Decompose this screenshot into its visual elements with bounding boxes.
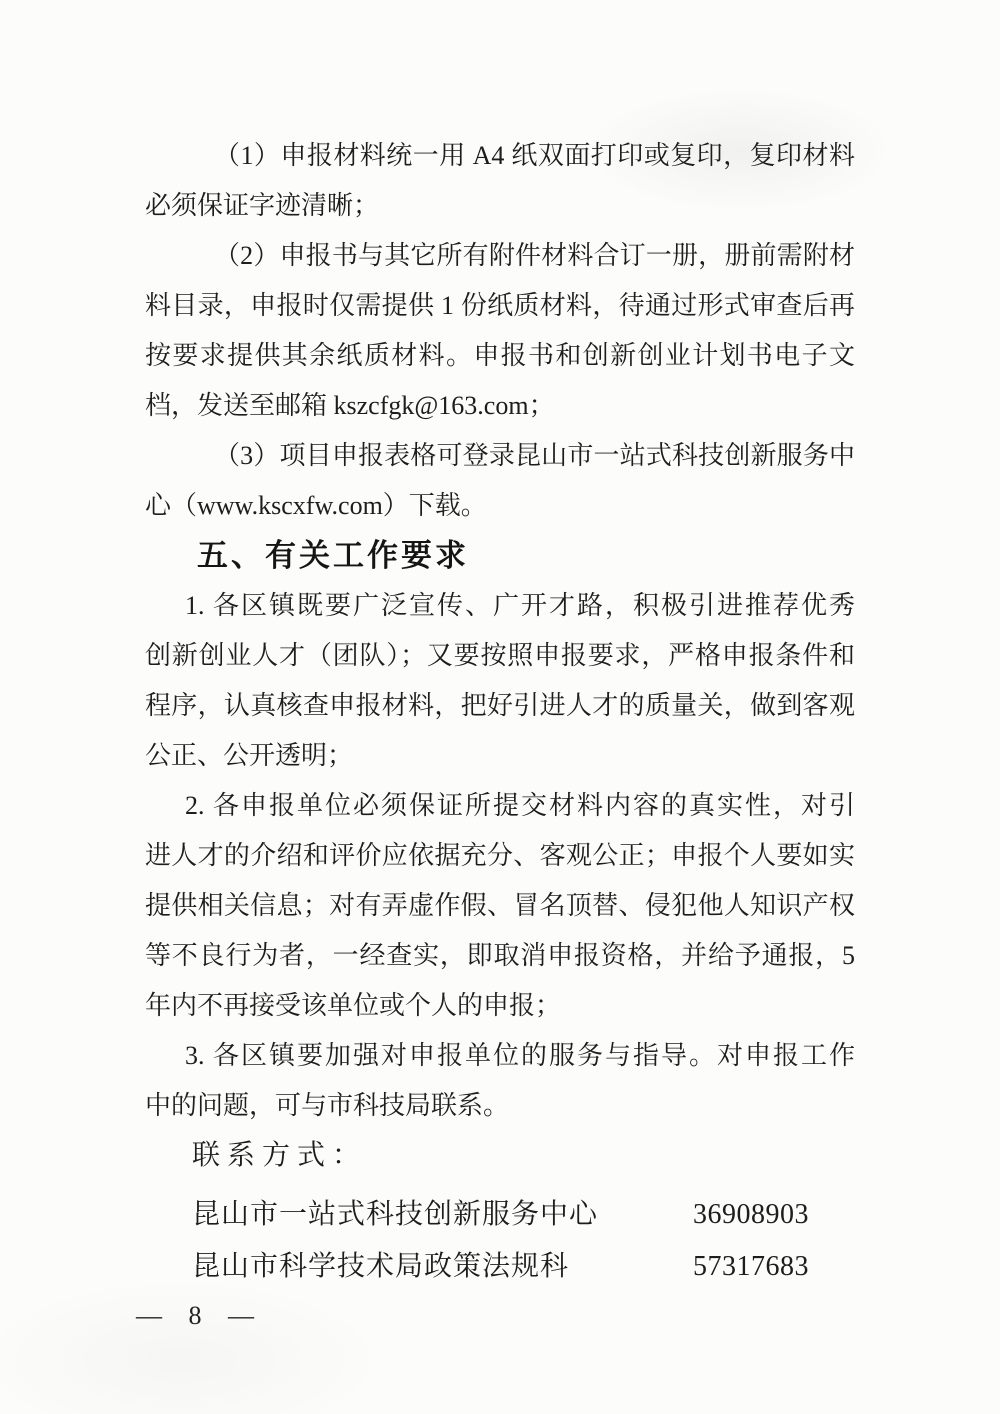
page-number: — 8 — bbox=[136, 1300, 264, 1332]
clause-2: （2）申报书与其它所有附件材料合订一册，册前需附材料目录，申报时仅需提供 1 份… bbox=[145, 231, 855, 431]
contact-row-2: 昆山市科学技术局政策法规科57317683 bbox=[145, 1241, 855, 1293]
requirement-1-line-1: 1. 各区镇既要广泛宣传、广开才路，积极引进推荐优秀 bbox=[145, 581, 855, 631]
requirement-1: 1. 各区镇既要广泛宣传、广开才路，积极引进推荐优秀创新创业人才（团队）；又要按… bbox=[145, 581, 855, 781]
requirement-3: 3. 各区镇要加强对申报单位的服务与指导。对申报工作中的问题，可与市科技局联系。 bbox=[145, 1031, 855, 1131]
requirement-2-line-4: 等不良行为者，一经查实，即取消申报资格，并给予通报，5 bbox=[145, 931, 855, 981]
document-body: （1）申报材料统一用 A4 纸双面打印或复印，复印材料必须保证字迹清晰；（2）申… bbox=[145, 131, 855, 1293]
contact-row-1: 昆山市一站式科技创新服务中心36908903 bbox=[145, 1189, 855, 1241]
clause-2-line-4: 档，发送至邮箱 kszcfgk@163.com； bbox=[145, 381, 855, 431]
contact-label-line-1: 联系方式： bbox=[145, 1131, 855, 1181]
clause-1: （1）申报材料统一用 A4 纸双面打印或复印，复印材料必须保证字迹清晰； bbox=[145, 131, 855, 231]
section-heading-5: 五、有关工作要求 bbox=[145, 531, 855, 581]
contact-list: 昆山市一站式科技创新服务中心36908903昆山市科学技术局政策法规科57317… bbox=[145, 1189, 855, 1293]
clause-2-line-3: 按要求提供其余纸质材料。申报书和创新创业计划书电子文 bbox=[145, 331, 855, 381]
requirement-1-line-2: 创新创业人才（团队）；又要按照申报要求，严格申报条件和 bbox=[145, 631, 855, 681]
contact-name: 昆山市科学技术局政策法规科 bbox=[192, 1241, 569, 1293]
requirement-2: 2. 各申报单位必须保证所提交材料内容的真实性，对引进人才的介绍和评价应依据充分… bbox=[145, 781, 855, 1031]
requirement-2-line-5: 年内不再接受该单位或个人的申报； bbox=[145, 981, 855, 1031]
requirement-1-line-4: 公正、公开透明； bbox=[145, 731, 855, 781]
contact-label: 联系方式： bbox=[145, 1131, 855, 1181]
requirement-3-line-1: 3. 各区镇要加强对申报单位的服务与指导。对申报工作 bbox=[145, 1031, 855, 1081]
requirement-2-line-2: 进人才的介绍和评价应依据充分、客观公正；申报个人要如实 bbox=[145, 831, 855, 881]
contact-name: 昆山市一站式科技创新服务中心 bbox=[192, 1189, 598, 1241]
requirement-2-line-1: 2. 各申报单位必须保证所提交材料内容的真实性，对引 bbox=[145, 781, 855, 831]
clause-3-line-2: 心（www.kscxfw.com）下载。 bbox=[145, 481, 855, 531]
requirement-3-line-2: 中的问题，可与市科技局联系。 bbox=[145, 1081, 855, 1131]
clause-2-line-2: 料目录，申报时仅需提供 1 份纸质材料，待通过形式审查后再 bbox=[145, 281, 855, 331]
clause-2-line-1: （2）申报书与其它所有附件材料合订一册，册前需附材 bbox=[145, 231, 855, 281]
clause-1-line-1: （1）申报材料统一用 A4 纸双面打印或复印，复印材料 bbox=[145, 131, 855, 181]
contact-phone: 36908903 bbox=[693, 1189, 809, 1241]
contact-phone: 57317683 bbox=[693, 1241, 809, 1293]
clause-3-line-1: （3）项目申报表格可登录昆山市一站式科技创新服务中 bbox=[145, 431, 855, 481]
clause-3: （3）项目申报表格可登录昆山市一站式科技创新服务中心（www.kscxfw.co… bbox=[145, 431, 855, 531]
document-page: （1）申报材料统一用 A4 纸双面打印或复印，复印材料必须保证字迹清晰；（2）申… bbox=[0, 0, 1000, 1414]
section-heading-5-line-1: 五、有关工作要求 bbox=[145, 531, 855, 581]
requirement-2-line-3: 提供相关信息；对有弄虚作假、冒名顶替、侵犯他人知识产权 bbox=[145, 881, 855, 931]
clause-1-line-2: 必须保证字迹清晰； bbox=[145, 181, 855, 231]
requirement-1-line-3: 程序，认真核查申报材料，把好引进人才的质量关，做到客观 bbox=[145, 681, 855, 731]
document-sections: （1）申报材料统一用 A4 纸双面打印或复印，复印材料必须保证字迹清晰；（2）申… bbox=[145, 131, 855, 1181]
